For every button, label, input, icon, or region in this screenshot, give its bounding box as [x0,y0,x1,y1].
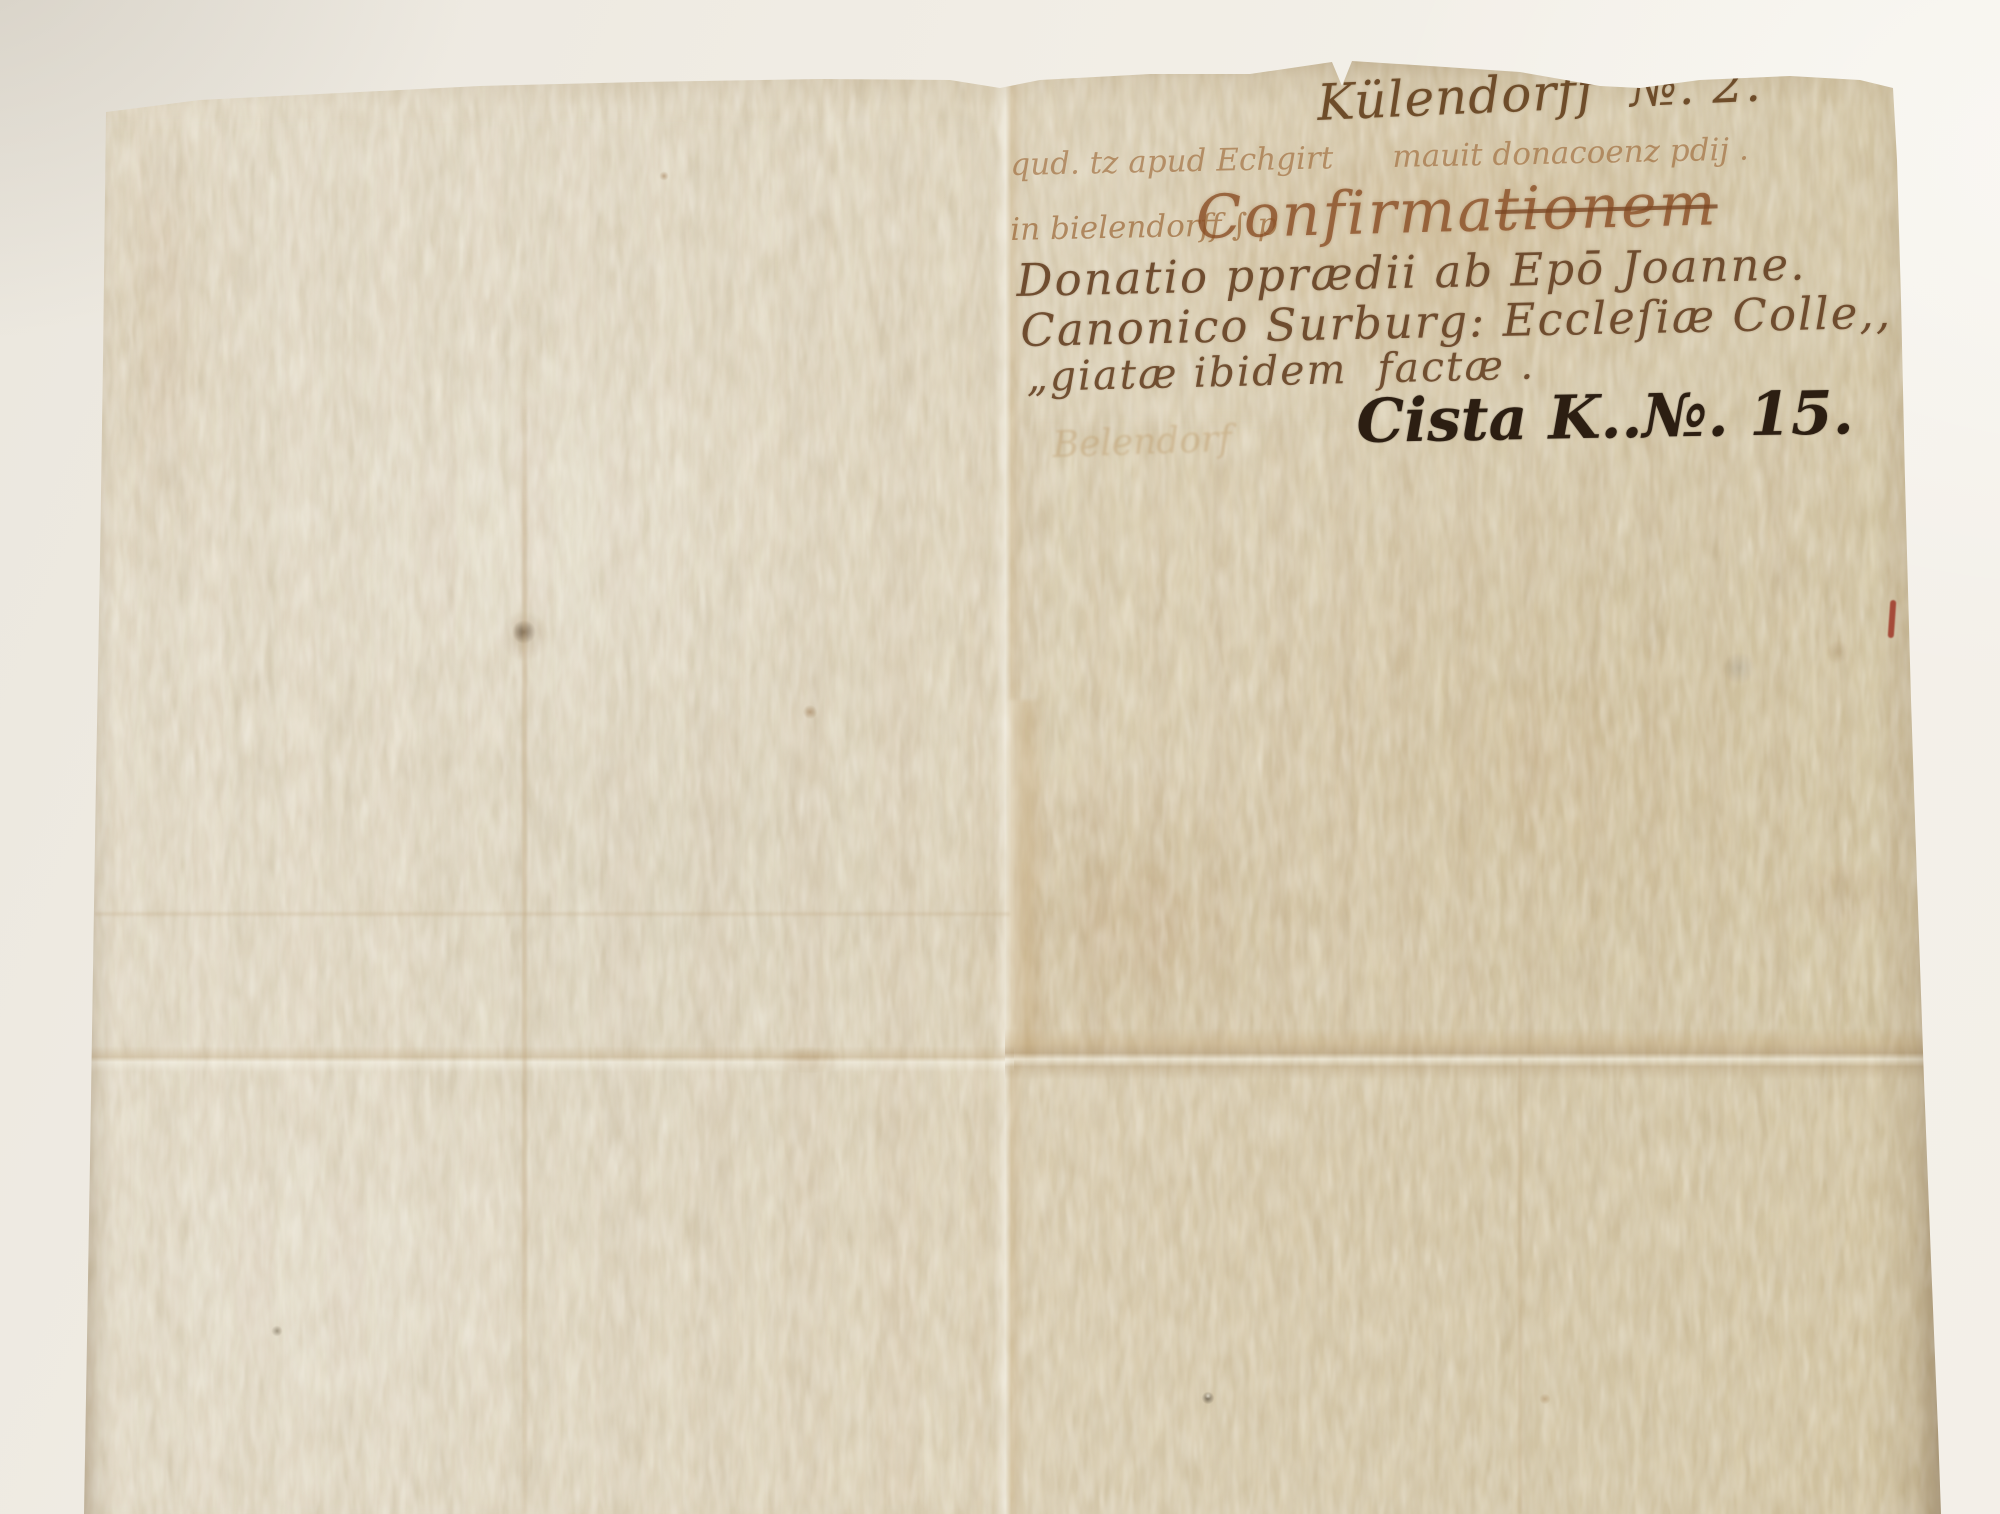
right-edge-shading [1872,0,1946,1514]
left-edge-shading [80,0,116,1514]
confirmation-annotation: Confirmationem [1195,174,1718,248]
photo-backdrop: Külendorff №. 2. qud. tz apud Echgirt ma… [0,0,2000,1514]
faint-vertical-crease-lower-right [1518,1058,1522,1514]
faint-horizontal-crease [95,912,1010,916]
confirmation-word-start: Confirma [1195,175,1496,253]
faded-ghost-word: Belendorf [1052,422,1232,464]
vertical-fold-crease-lower [1008,700,1048,1060]
confirmation-word-struck: tionem [1494,169,1718,245]
horizontal-fold-crease-left [84,1046,1014,1072]
horizontal-fold-crease-right [1005,1028,1935,1080]
parchment-sheet: Külendorff №. 2. qud. tz apud Echgirt ma… [0,0,2000,1514]
shelfmark-annotation: Cista K..№. 15. [1356,383,1854,452]
faint-vertical-crease [522,290,527,1514]
